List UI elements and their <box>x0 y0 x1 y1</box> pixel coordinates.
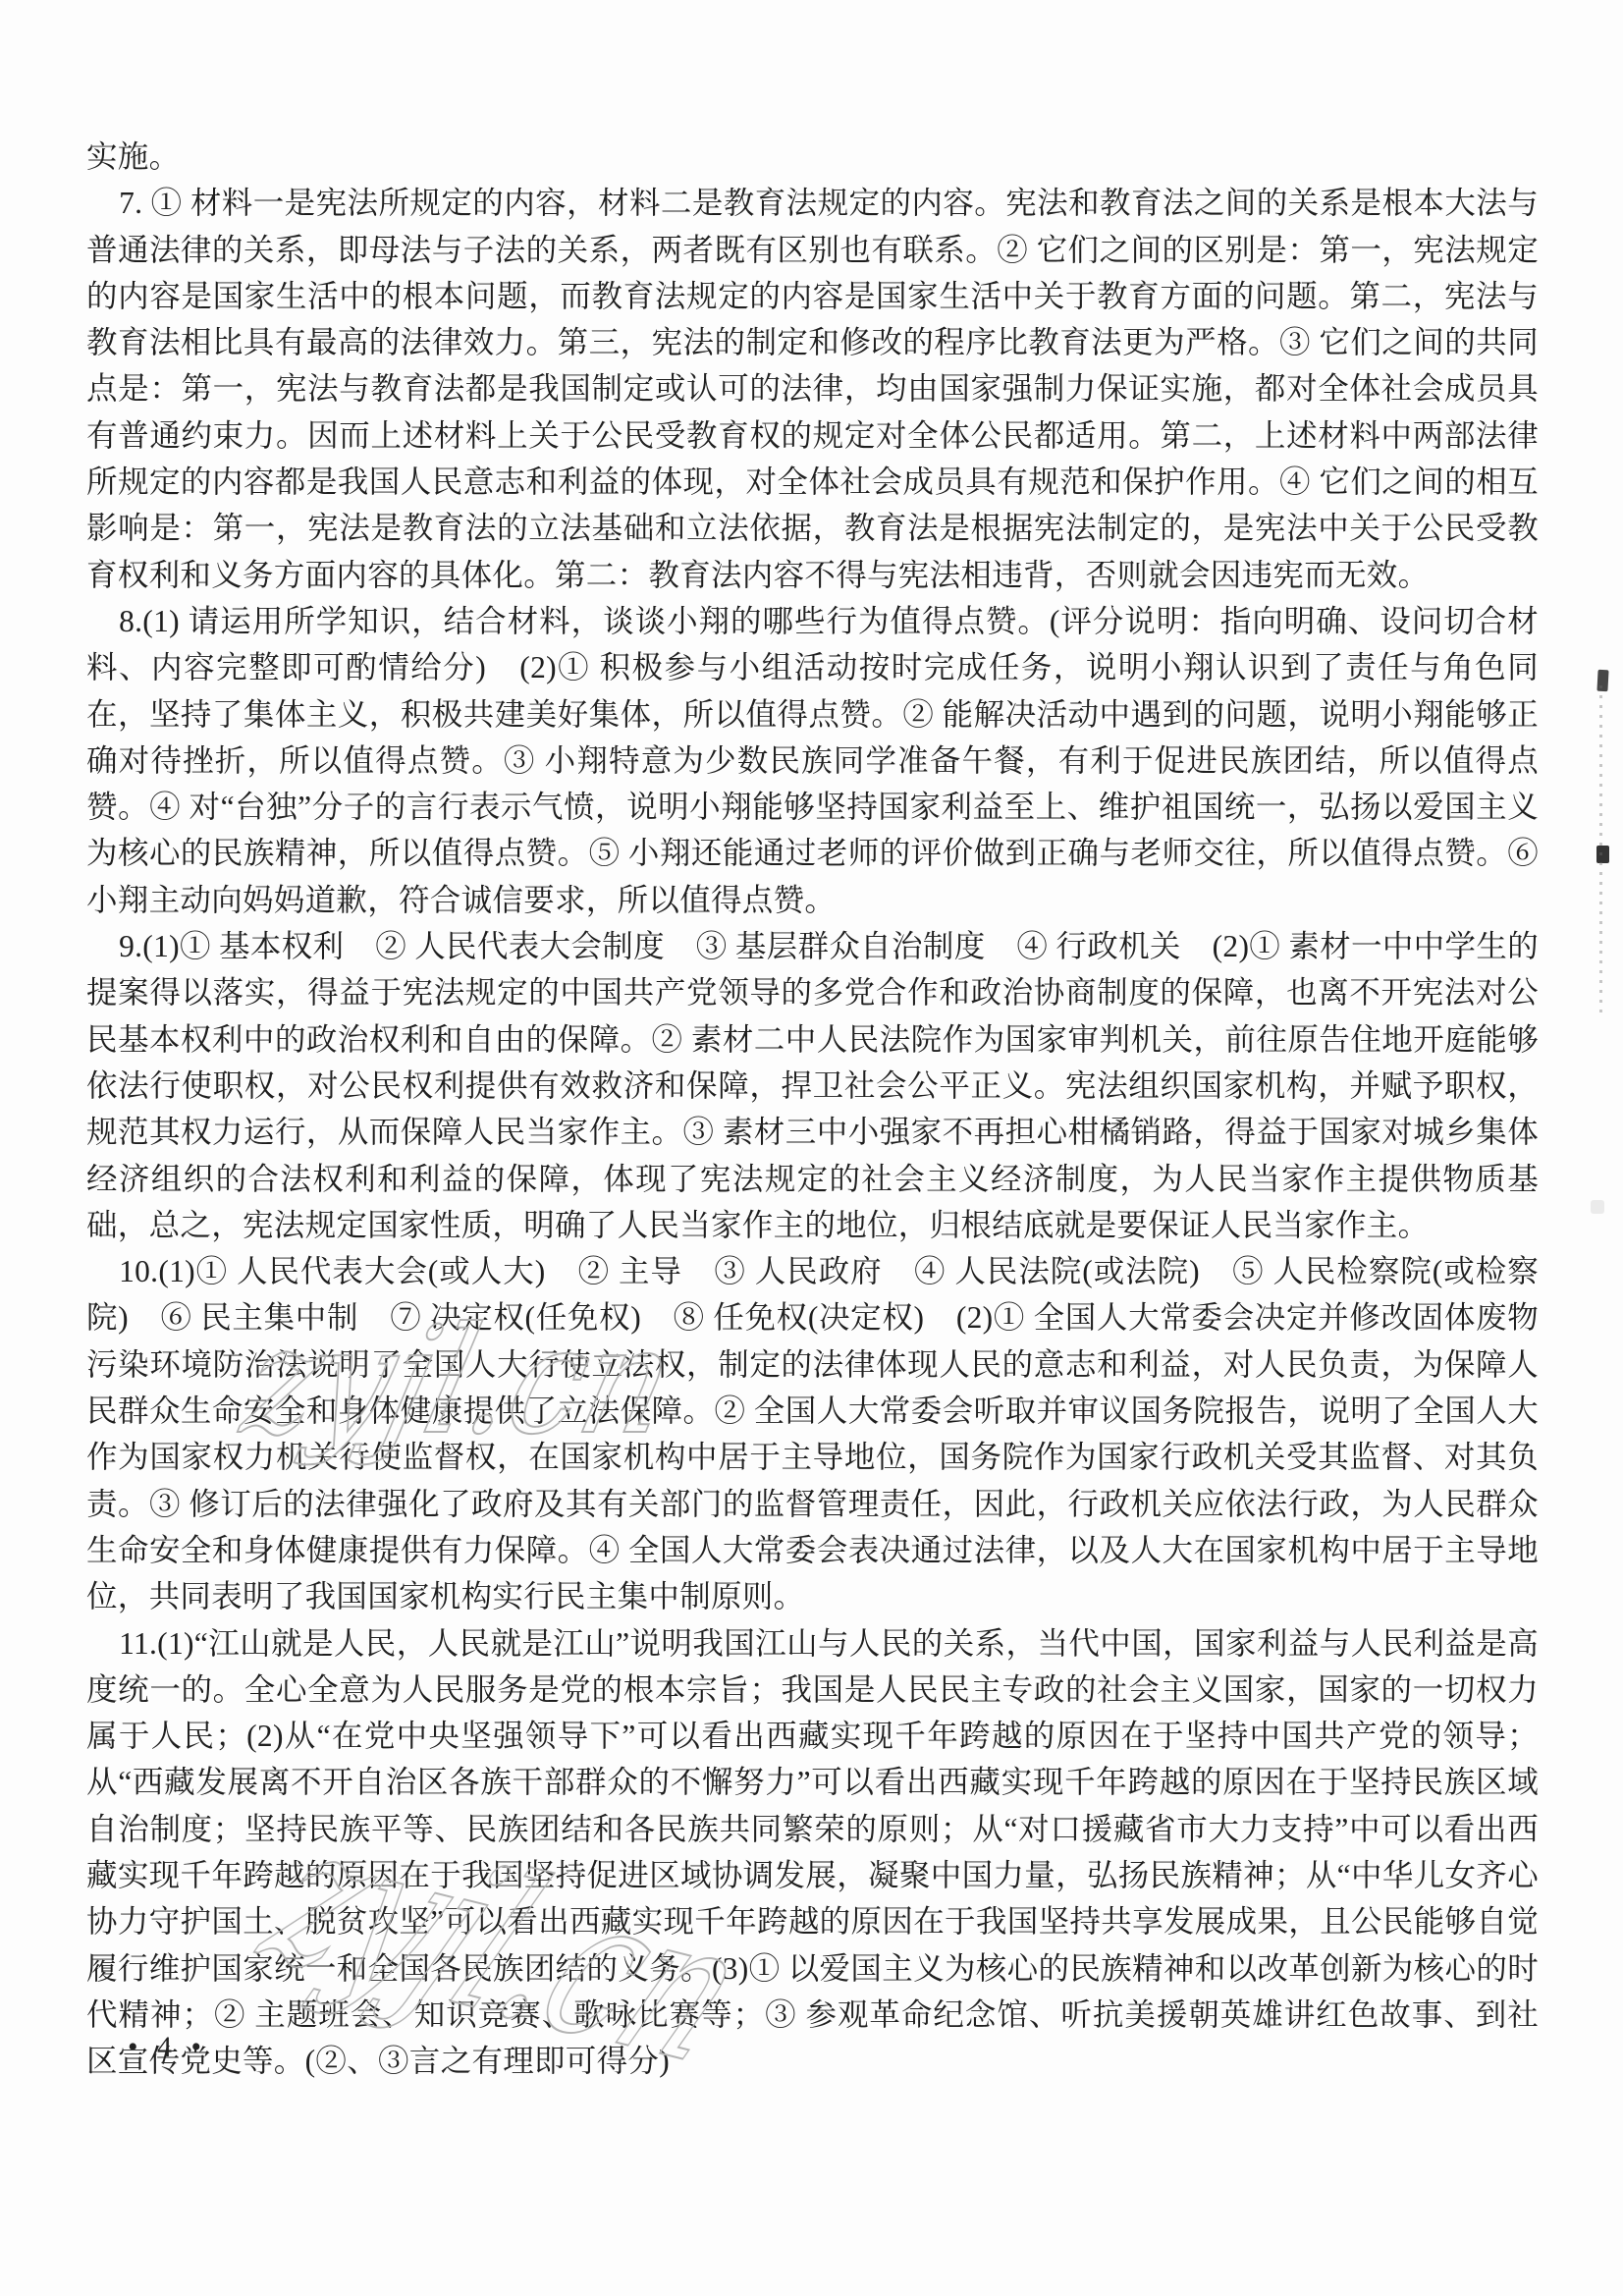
paragraph-continuation: 实施。 <box>86 134 1539 180</box>
scanned-answer-page: 实施。 7. ① 材料一是宪法所规定的内容，材料二是教育法规定的内容。宪法和教育… <box>0 0 1623 2296</box>
scan-artifact-speck <box>1591 1200 1604 1214</box>
paragraph-answer-9: 9.(1)① 基本权利 ② 人民代表大会制度 ③ 基层群众自治制度 ④ 行政机关… <box>86 923 1539 1248</box>
paragraph-answer-7: 7. ① 材料一是宪法所规定的内容，材料二是教育法规定的内容。宪法和教育法之间的… <box>86 180 1539 598</box>
scan-artifact-speckles <box>1599 685 1602 1014</box>
page-number: • 4 • <box>128 2031 203 2064</box>
document-text: 实施。 7. ① 材料一是宪法所规定的内容，材料二是教育法规定的内容。宪法和教育… <box>86 134 1539 2084</box>
scan-artifact-mark <box>1596 846 1609 863</box>
paragraph-answer-10: 10.(1)① 人民代表大会(或人大) ② 主导 ③ 人民政府 ④ 人民法院(或… <box>86 1248 1539 1619</box>
paragraph-answer-8: 8.(1) 请运用所学知识，结合材料，谈谈小翔的哪些行为值得点赞。(评分说明：指… <box>86 598 1539 923</box>
paragraph-answer-11: 11.(1)“江山就是人民，人民就是江山”说明我国江山与人民的关系，当代中国，国… <box>86 1620 1539 2085</box>
